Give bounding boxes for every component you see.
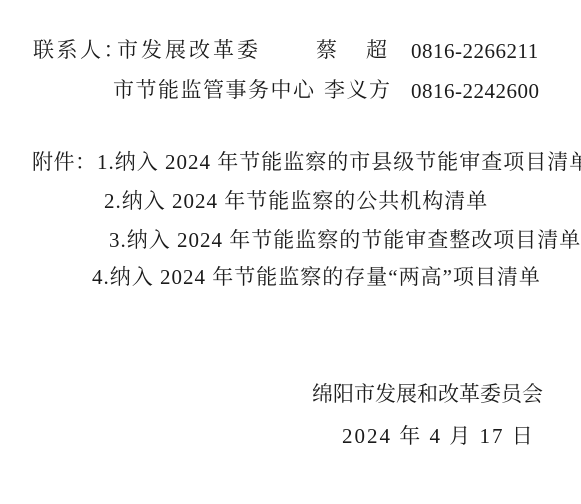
contact-org: 市发展改革委	[117, 40, 261, 61]
attachment-item: 2.纳入 2024 年节能监察的公共机构清单	[104, 191, 488, 212]
contact-name: 李义方	[324, 80, 392, 101]
issue-date: 2024 年 4 月 17 日	[342, 426, 535, 447]
attachment-item: 4.纳入 2024 年节能监察的存量“两高”项目清单	[92, 267, 541, 288]
attachments-label: 附件：	[32, 152, 97, 173]
document-page: 联系人： 市发展改革委 蔡 超 0816-2266211 市节能监管事务中心 李…	[0, 0, 581, 504]
contact-label: 联系人：	[33, 40, 127, 61]
attachment-item: 3.纳入 2024 年节能监察的节能审查整改项目清单	[109, 230, 581, 251]
contact-org: 市节能监管事务中心	[113, 80, 316, 101]
contact-phone: 0816-2242600	[411, 81, 540, 102]
contact-name: 蔡 超	[316, 40, 391, 61]
issuer-name: 绵阳市发展和改革委员会	[312, 384, 543, 405]
attachment-item: 1.纳入 2024 年节能监察的市县级节能审查项目清单	[97, 152, 581, 173]
contact-phone: 0816-2266211	[411, 41, 539, 62]
